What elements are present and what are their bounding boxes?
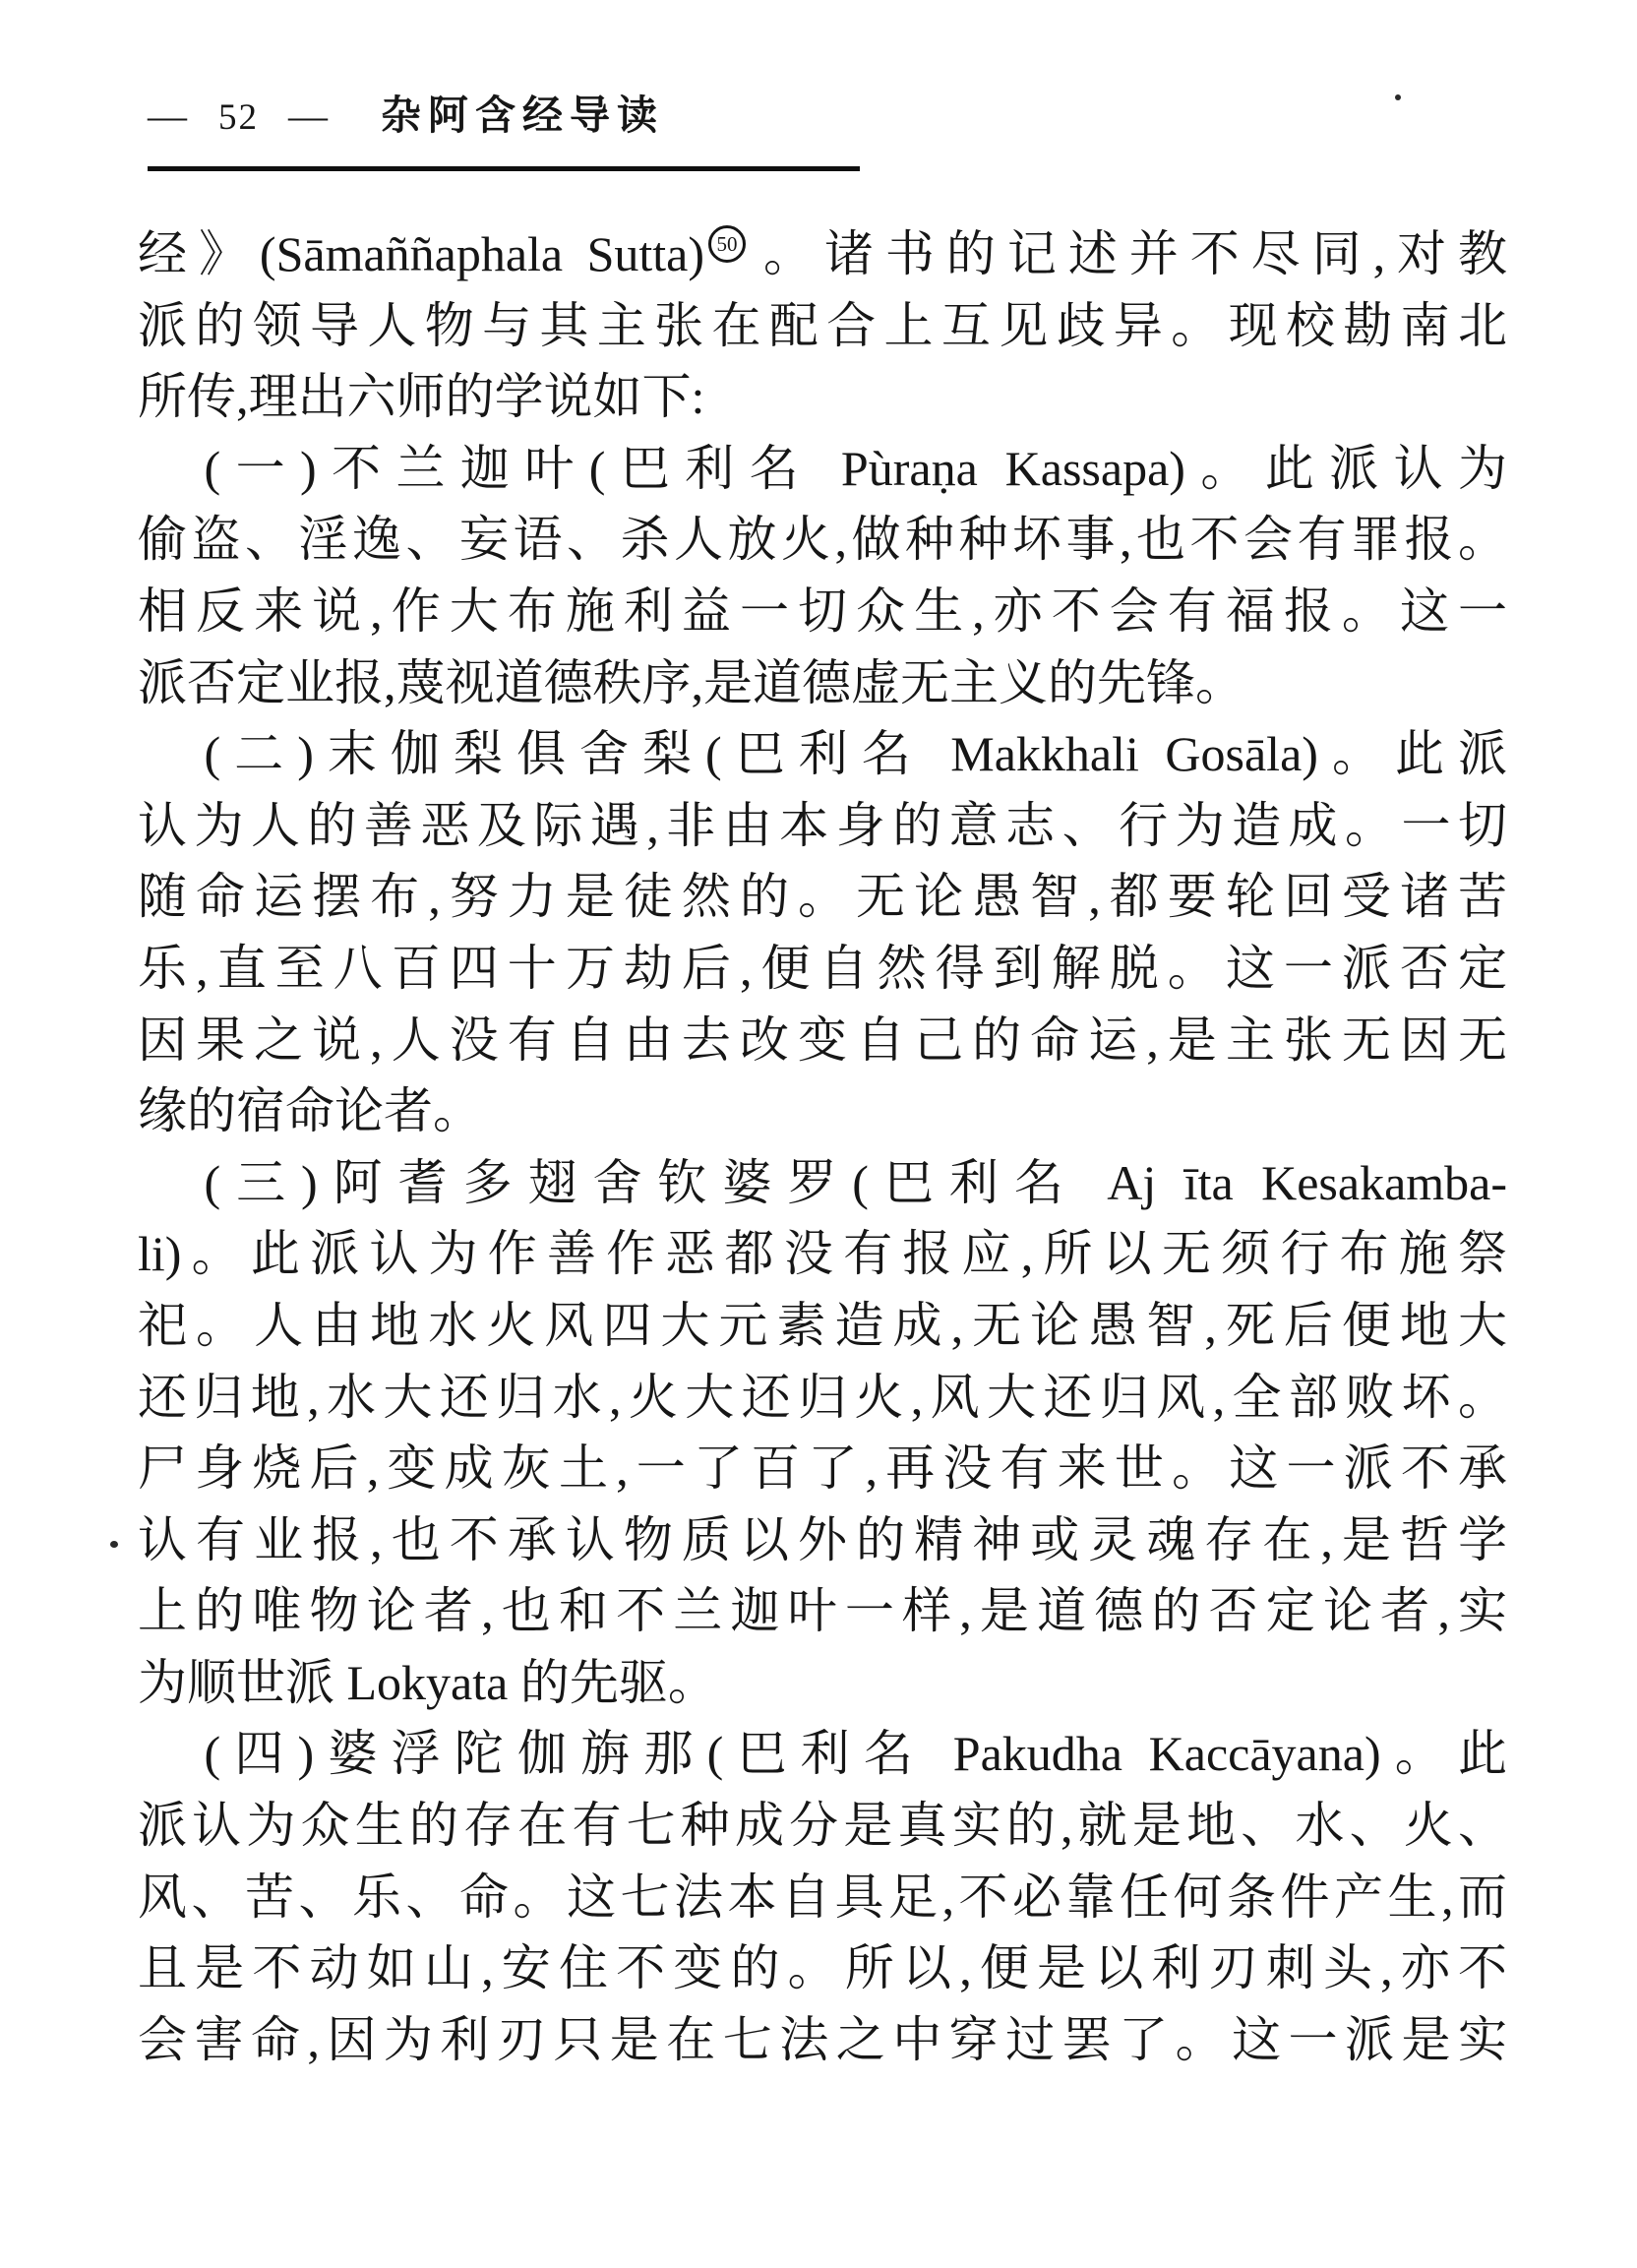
header-dash-right: — (288, 93, 330, 138)
text-line: (四)婆浮陀伽旃那(巴利名 Pakudha Kaccāyana)。此 (138, 1718, 1507, 1790)
text-line: 因果之说,人没有自由去改变自己的命运,是主张无因无 (138, 1005, 1507, 1076)
text-line: (一)不兰迦叶(巴利名 Pùraṇa Kassapa)。此派认为 (138, 433, 1507, 505)
text-line: 缘的宿命论者。 (138, 1075, 1507, 1147)
text-line: 还归地,水大还归水,火大还归火,风大还归风,全部败坏。 (138, 1362, 1507, 1434)
line-text: 经》(Sāmaññaphala Sutta) (138, 226, 704, 281)
text-line: 随命运摆布,努力是徒然的。无论愚智,都要轮回受诸苦 (138, 861, 1507, 933)
text-line: 认有业报,也不承认物质以外的精神或灵魂存在,是哲学 (138, 1504, 1507, 1576)
text-line: 尸身烧后,变成灰土,一了百了,再没有来世。这一派不承 (138, 1433, 1507, 1504)
text-line: 派认为众生的存在有七种成分是真实的,就是地、水、火、 (138, 1790, 1507, 1862)
header-rule (148, 166, 860, 171)
text-line: 风、苦、乐、命。这七法本自具足,不必靠任何条件产生,而 (138, 1862, 1507, 1933)
text-line: 为顺世派 Lokyata 的先驱。 (138, 1647, 1507, 1719)
text-line: 偷盗、淫逸、妄语、杀人放火,做种种坏事,也不会有罪报。 (138, 504, 1507, 576)
text-line: (二)末伽梨俱舍梨(巴利名 Makkhali Gosāla)。此派 (138, 718, 1507, 790)
text-line: li)。此派认为作善作恶都没有报应,所以无须行布施祭 (138, 1218, 1507, 1290)
text-line: 派否定业报,蔑视道德秩序,是道德虚无主义的先锋。 (138, 647, 1507, 719)
book-title: 杂阿含经导读 (381, 92, 664, 138)
line-text: 。诸书的记述并不尽同,对教 (752, 226, 1507, 281)
text-line: 认为人的善恶及际遇,非由本身的意志、行为造成。一切 (138, 790, 1507, 862)
scan-speck (110, 1541, 118, 1548)
text-line: 乐,直至八百四十万劫后,便自然得到解脱。这一派否定 (138, 933, 1507, 1005)
page-number: 52 (218, 97, 259, 138)
text-line: 相反来说,作大布施利益一切众生,亦不会有福报。这一 (138, 576, 1507, 647)
text-line: 上的唯物论者,也和不兰迦叶一样,是道德的否定论者,实 (138, 1575, 1507, 1647)
text-line: 经》(Sāmaññaphala Sutta)50。诸书的记述并不尽同,对教 (138, 218, 1507, 290)
book-page: —52—杂阿含经导读 经》(Sāmaññaphala Sutta)50。诸书的记… (0, 0, 1637, 2268)
body-text: 经》(Sāmaññaphala Sutta)50。诸书的记述并不尽同,对教派的领… (138, 218, 1507, 2075)
text-line: 会害命,因为利刃只是在七法之中穿过罢了。这一派是实 (138, 2004, 1507, 2076)
scan-speck (1395, 94, 1401, 100)
header-dash-left: — (148, 93, 189, 138)
text-line: (三)阿耆多翅舍钦婆罗(巴利名 Aj īta Kesakamba- (138, 1147, 1507, 1219)
text-line: 祀。人由地水火风四大元素造成,无论愚智,死后便地大 (138, 1290, 1507, 1362)
page-header: —52—杂阿含经导读 (148, 83, 664, 141)
footnote-marker: 50 (708, 225, 746, 263)
text-line: 派的领导人物与其主张在配合上互见歧异。现校勘南北 (138, 290, 1507, 362)
text-line: 且是不动如山,安住不变的。所以,便是以利刃刺头,亦不 (138, 1932, 1507, 2004)
text-line: 所传,理出六师的学说如下: (138, 361, 1507, 433)
